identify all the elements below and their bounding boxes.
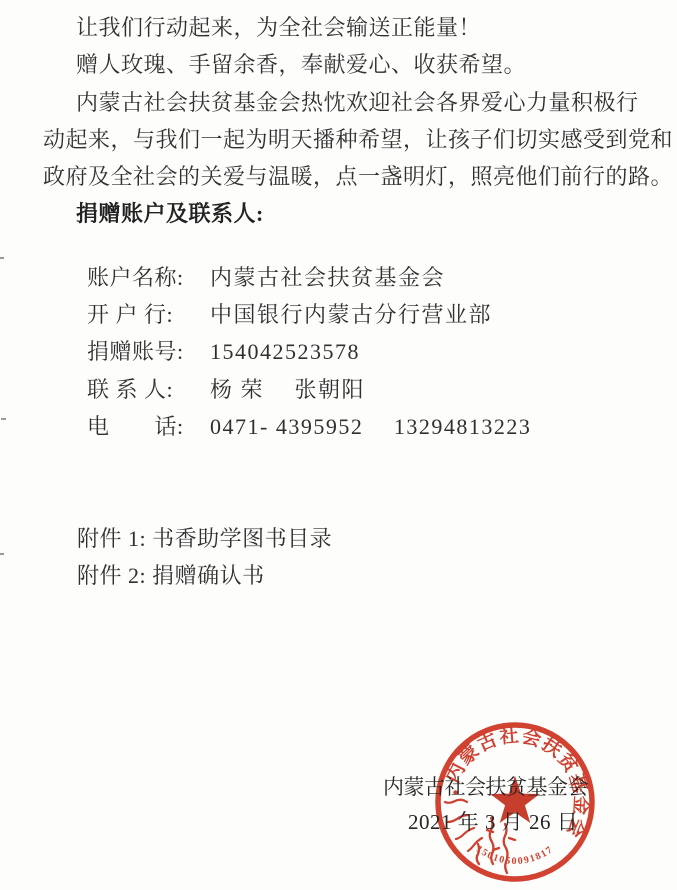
seal-registration-number: 1501050091817	[474, 844, 556, 867]
signature-date: 2021 年 3 月 26 日	[408, 806, 578, 836]
section-heading: 捐赠账户及联系人:	[76, 200, 264, 228]
paragraph-line-2: 赠人玫瑰、手留余香，奉献爱心、收获希望。	[76, 51, 526, 79]
scan-noise	[0, 257, 4, 259]
scan-noise	[1, 418, 6, 420]
signature-org: 内蒙古社会扶贫基金会	[383, 771, 588, 801]
account-label: 电 话:	[87, 413, 193, 441]
paragraph-line-1: 让我们行动起来，为全社会输送正能量！	[76, 14, 481, 42]
attachment-line-2: 附件 2: 捐赠确认书	[77, 562, 265, 590]
scan-noise	[0, 553, 4, 555]
attachment-line-1: 附件 1: 书香助学图书目录	[77, 525, 332, 553]
document-page: 让我们行动起来，为全社会输送正能量！ 赠人玫瑰、手留余香，奉献爱心、收获希望。 …	[0, 0, 677, 890]
official-seal: 内蒙古社会扶贫基金会 1501050091817	[431, 718, 599, 886]
paragraph-line-4: 动起来，与我们一起为明天播种希望，让孩子们切实感受到党和	[43, 126, 673, 154]
paragraph-line-3: 内蒙古社会扶贫基金会热忱欢迎社会各界爱心力量积极行	[76, 89, 639, 117]
account-row-phone: 电 话:0471- 4395952 13294813223	[65, 385, 531, 469]
paragraph-line-5: 政府及全社会的关爱与温暖，点一盏明灯，照亮他们前行的路。	[43, 163, 673, 191]
account-value: 0471- 4395952 13294813223	[210, 414, 531, 439]
